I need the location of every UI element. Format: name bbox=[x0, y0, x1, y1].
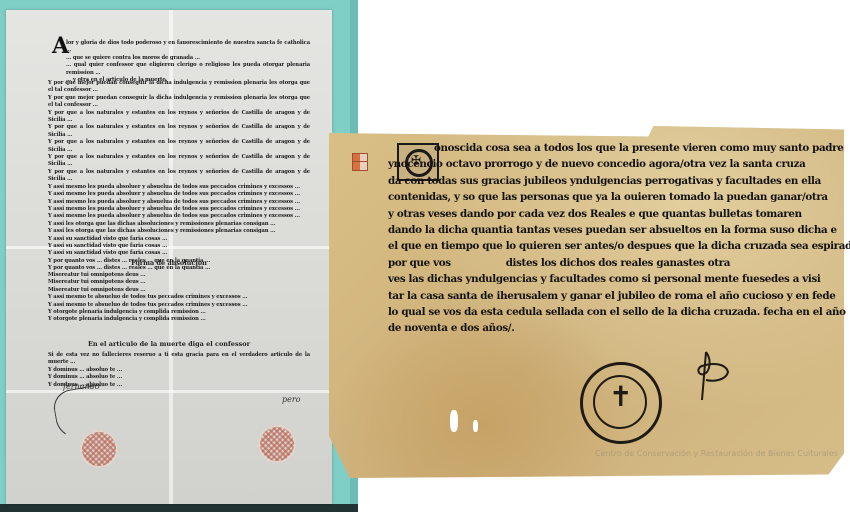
left-paragraphs: Y por que mejor puedan conseguir la dich… bbox=[48, 80, 310, 273]
paragraph: Misereatur tui omnipotens deus ... bbox=[48, 279, 310, 286]
paragraph: Y assi mesmo les pueda absoluer y absuel… bbox=[48, 206, 310, 213]
paragraph: Y por que mejor puedan conseguir la dich… bbox=[48, 95, 310, 110]
paragraph: Y por que mejor puedan conseguir la dich… bbox=[48, 80, 310, 95]
background-shadow bbox=[0, 504, 358, 512]
wax-seal-right-icon bbox=[258, 425, 296, 463]
signature-left: fernando bbox=[63, 382, 100, 391]
text-line: de noventa e dos años/. bbox=[388, 320, 798, 336]
left-document-photo: A lor y gloria de dios todo poderoso y e… bbox=[0, 0, 358, 512]
heading-absolution: Forma de absolucion bbox=[6, 259, 332, 267]
paragraph: Y por que a los naturales y estantes en … bbox=[48, 154, 310, 169]
text-line: ves las dichas yndulgencias y facultades… bbox=[388, 271, 798, 287]
paragraph: Y assi mesmo te absueluo de todos tus pe… bbox=[48, 294, 310, 301]
paragraph: Misereatur tui omnipotens deus ... bbox=[48, 287, 310, 294]
text-line: dando la dicha quantia tantas veses pued… bbox=[388, 222, 798, 238]
paragraph: Y por que a los naturales y estantes en … bbox=[48, 124, 310, 139]
text-line: y otras veses dando por cada vez dos Rea… bbox=[388, 206, 798, 222]
notary-sign-icon bbox=[692, 350, 732, 406]
paragraph: Misereatur tui omnipotens deus ... bbox=[48, 272, 310, 279]
text-line: por que vos distes los dichos dos reales… bbox=[388, 255, 798, 271]
paragraph: Y por que a los naturales y estantes en … bbox=[48, 169, 310, 184]
parchment-hole bbox=[450, 410, 458, 432]
coat-of-arms-icon bbox=[352, 153, 368, 171]
paragraph: Y dominus ... absoluo te ... bbox=[48, 374, 310, 381]
signature-right: pero bbox=[282, 395, 301, 404]
paragraph: Y assi les otorga que las dichas absoluc… bbox=[48, 228, 310, 235]
text-line: lo qual se vos da esta cedula sellada co… bbox=[388, 304, 798, 320]
seal-cross-icon: ✝ bbox=[609, 383, 632, 411]
paragraph: Y por que a los naturales y estantes en … bbox=[48, 139, 310, 154]
paragraph: Y assi mesmo les pueda absoluer y absuel… bbox=[48, 199, 310, 206]
paragraph: Y assi mesmo les pueda absoluer y absuel… bbox=[48, 184, 310, 191]
text-line: el que en tiempo que lo quieren ser ante… bbox=[388, 238, 798, 254]
paragraph: Y assi su sanctidad visto que faria cosa… bbox=[48, 250, 310, 257]
paragraph: Y assi su sanctidad visto que faria cosa… bbox=[48, 236, 310, 243]
fold-line-horizontal bbox=[6, 390, 332, 393]
heading-death: En el articulo de la muerte diga el conf… bbox=[6, 340, 332, 348]
paragraph: Y dominus ... absoluo te ... bbox=[48, 367, 310, 374]
text-line: ynocencio octavo prorrogo y de nuevo con… bbox=[388, 156, 798, 172]
paragraph: Y otorgote plenaria indulgencia y compli… bbox=[48, 316, 310, 323]
text-line: ... que se quiere contra los moros de gr… bbox=[66, 55, 310, 62]
left-text-block-1: lor y gloria de dios todo poderoso y en … bbox=[66, 40, 310, 84]
paragraph: Y assi les otorga que las dichas absoluc… bbox=[48, 221, 310, 228]
paragraph: Y assi mesmo les pueda absoluer y absuel… bbox=[48, 213, 310, 220]
absolution-text: Misereatur tui omnipotens deus ... Miser… bbox=[48, 272, 310, 324]
paragraph: Y otorgote plenaria indulgencia y compli… bbox=[48, 309, 310, 316]
text-line: onoscida cosa sea a todos los que la pre… bbox=[388, 140, 798, 156]
parchment-hole bbox=[473, 420, 478, 432]
text-line: da con todas sus gracias jubileos yndulg… bbox=[388, 173, 798, 189]
institution-watermark: Centro de Conservación y Restauración de… bbox=[595, 449, 838, 458]
paragraph: Y assi mesmo te absueluo de todos tus pe… bbox=[48, 302, 310, 309]
wax-seal-left-icon bbox=[80, 430, 118, 468]
crusade-seal-icon: ✝ bbox=[580, 362, 662, 444]
paragraph: Y por que a los naturales y estantes en … bbox=[48, 110, 310, 125]
paragraph: Y assi mesmo les pueda absoluer y absuel… bbox=[48, 191, 310, 198]
paragraph: Si de esta vez no fallecieres reseruo a … bbox=[48, 352, 310, 367]
paragraph: Y assi su sanctidad visto que faria cosa… bbox=[48, 243, 310, 250]
text-line: tar la casa santa de iherusalem y ganar … bbox=[388, 288, 798, 304]
text-line: contenidas, y so que las personas que ya… bbox=[388, 189, 798, 205]
text-line: lor y gloria de dios todo poderoso y en … bbox=[66, 40, 310, 55]
cedula-text: onoscida cosa sea a todos los que la pre… bbox=[388, 140, 798, 337]
text-line: ... qual quier confessor que eligieren c… bbox=[66, 62, 310, 77]
